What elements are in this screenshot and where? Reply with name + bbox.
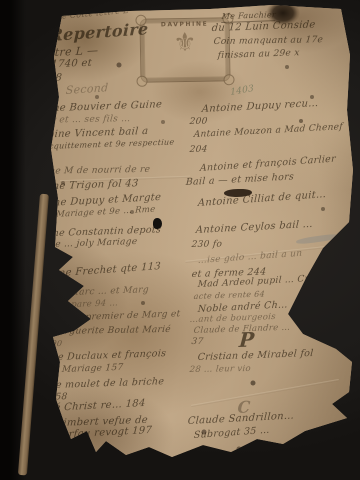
manuscript-line: Second	[66, 81, 109, 97]
manuscript-line: 28 … leur vio	[189, 364, 251, 375]
manuscript-scan: DAVPHINE ⚜ 12e liasse Cotte lettre L Rep…	[0, 0, 360, 480]
grey-smudge	[324, 434, 340, 448]
manuscript-line: Antoine Cilliat de quit…	[198, 189, 327, 209]
manuscript-line: antoine Trigon fol 43	[25, 178, 139, 193]
manuscript-line: finissan au 29e x	[217, 48, 300, 61]
manuscript-line: 200	[189, 117, 208, 127]
manuscript-line: antoine Frechet qte 113	[32, 261, 162, 281]
grey-smudge	[296, 233, 340, 245]
manuscript-line: …rien Marc … et Marg	[37, 285, 149, 299]
manuscript-line: andré Christ re… 184	[29, 398, 145, 415]
manuscript-line: Coin manquant au 17e	[213, 35, 323, 47]
manuscript-line: antoine Duclaux et françois	[25, 348, 166, 364]
manuscript-line: antoine moulet de la briche	[23, 376, 164, 392]
manuscript-line: Cristian de Mirabel fol	[197, 348, 314, 363]
paper-sliver	[18, 194, 49, 476]
manuscript-line: ferme acquittement et 9e respectiue	[15, 137, 174, 152]
ink-specks	[0, 0, 2, 2]
manuscript-line: 90	[51, 339, 63, 348]
section-letter-p: P	[238, 327, 255, 352]
manuscript-line: Antoine Dupuy recu…	[201, 98, 318, 115]
manuscript-line: 204	[189, 145, 208, 155]
manuscript-line: …ise galo … bail a un	[198, 249, 303, 266]
manuscript-line: x 6e 1740 et	[25, 58, 92, 71]
manuscript-line: fol 43 …	[11, 153, 48, 163]
manuscript-line: Antoine et françois Carlier	[200, 153, 336, 174]
manuscript-line: Antoine Ceylos bail …	[195, 219, 313, 236]
manuscript-line: Gautier et … ses fils …	[19, 114, 131, 126]
manuscript-line: Frechier Mariage et 9e … Rme	[13, 205, 155, 222]
manuscript-line: acte de rente 64	[193, 290, 265, 302]
page-title: Repertoire	[49, 19, 148, 45]
manuscript-line: Antoine Bouvier de Guine	[24, 99, 162, 115]
stamp-corner-ornament	[223, 74, 234, 85]
manuscript-line: Antaine Mouzon a Mad Chenef	[193, 122, 343, 140]
manuscript-line: …que Mariage 157	[31, 363, 123, 376]
crease-line	[191, 379, 339, 407]
paper-hole	[153, 218, 162, 229]
manuscript-line: 230 fo	[191, 239, 222, 250]
manuscript-line: du 12 Luin Conside	[211, 19, 316, 34]
manuscript-line: … al a pare 94 …	[39, 298, 118, 311]
manuscript-line: Marguerite Boulat Marié	[49, 325, 171, 337]
manuscript-line: Antaine M de nourri de re	[23, 165, 150, 177]
manuscript-line: Subrogat 35 …	[194, 425, 270, 441]
manuscript-line: françois arfau revogt 197	[15, 425, 152, 443]
paper: DAVPHINE ⚜ 12e liasse Cotte lettre L Rep…	[0, 0, 360, 480]
stamp-corner-ornament	[136, 76, 147, 87]
manuscript-line: Claude Sandrillon…	[187, 410, 294, 427]
manuscript-line: 1748	[35, 73, 63, 84]
manuscript-line: …delmé premier de Marg et	[43, 309, 180, 324]
manuscript-line: 37	[191, 337, 204, 347]
green-ink-note: 1403	[230, 84, 254, 98]
